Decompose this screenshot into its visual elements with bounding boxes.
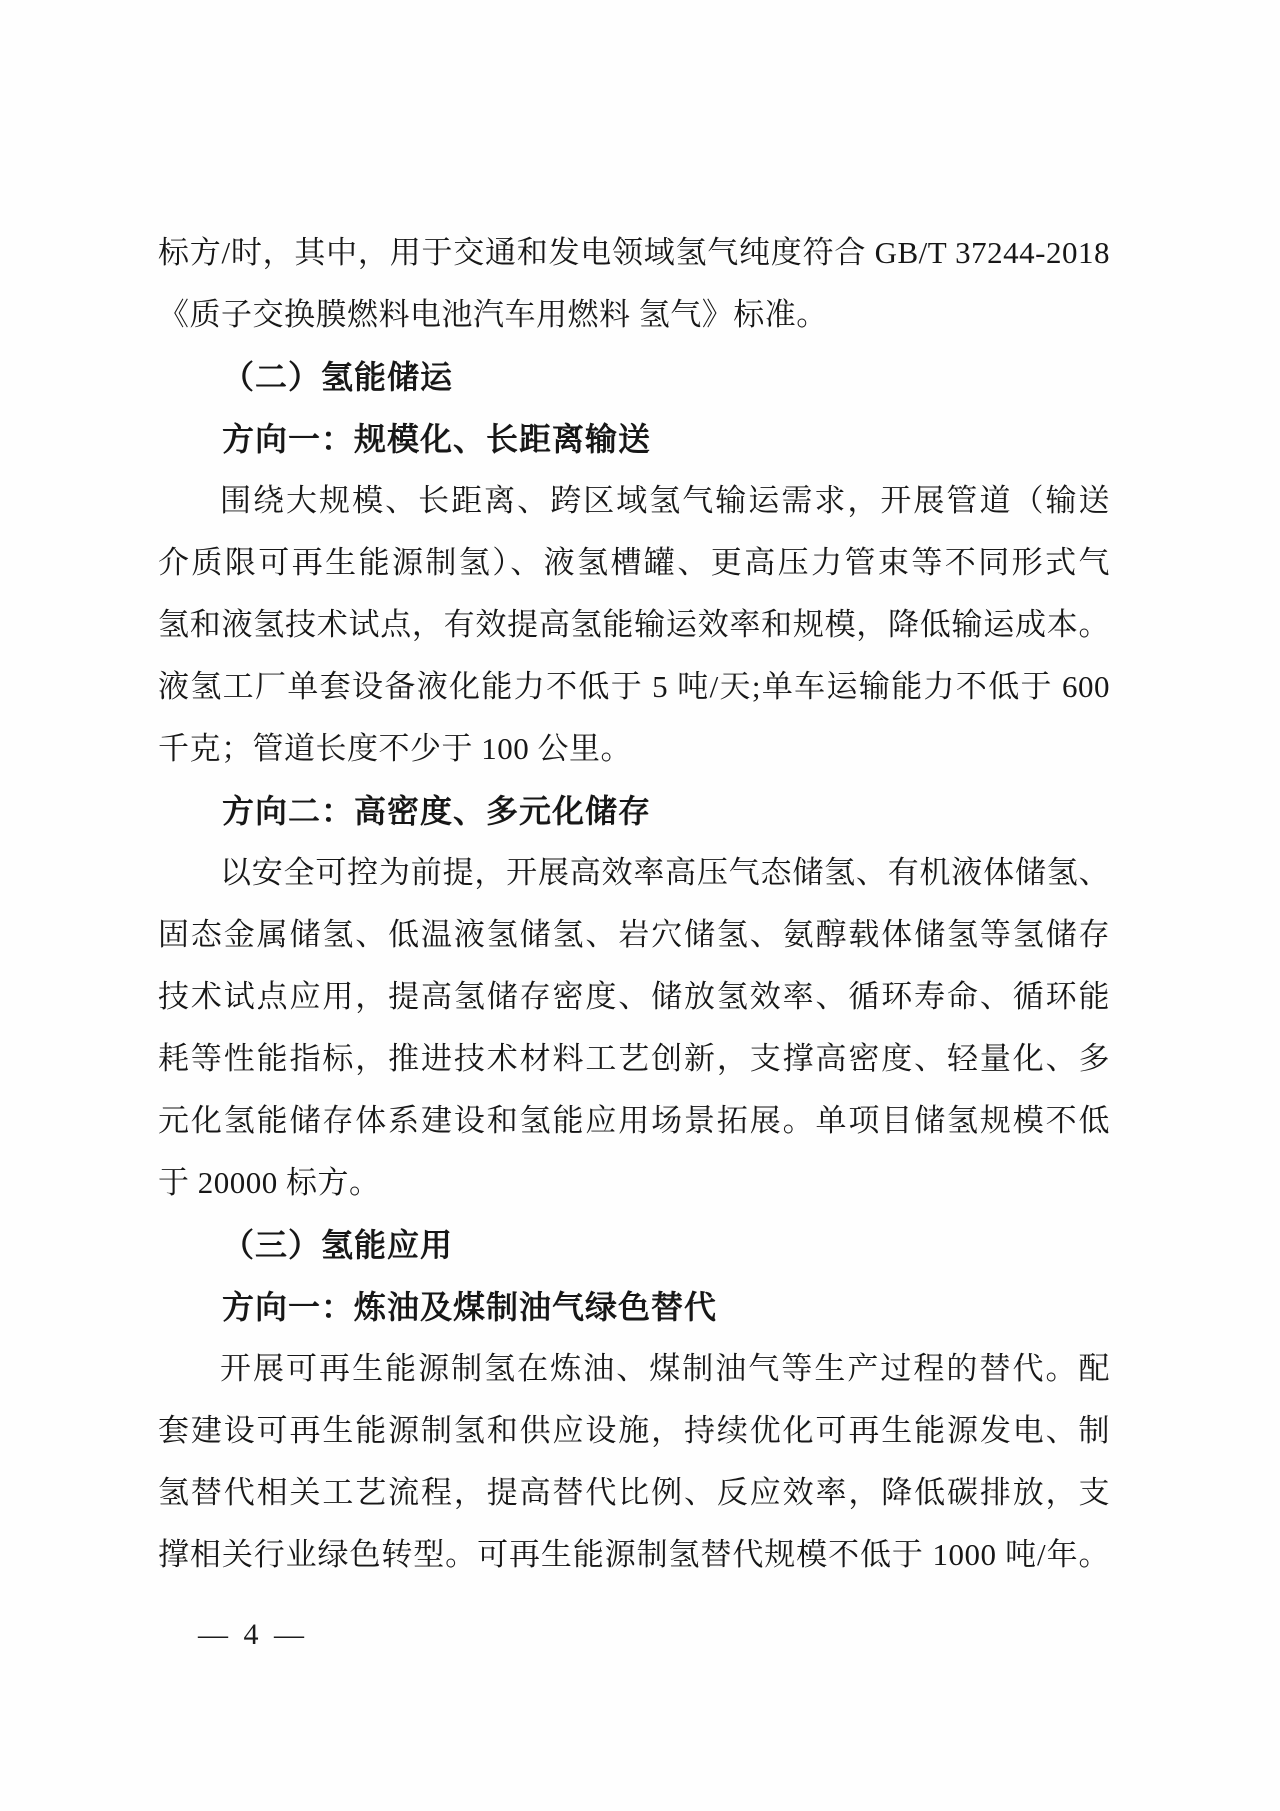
paragraph-line: 开展可再生能源制氢在炼油、煤制油气等生产过程的替代。配 xyxy=(158,1338,1110,1400)
direction-heading: 方向二：高密度、多元化储存 xyxy=(158,780,1110,842)
paragraph-line: 技术试点应用，提高氢储存密度、储放氢效率、循环寿命、循环能 xyxy=(158,966,1110,1028)
page-number: — 4 — xyxy=(198,1614,308,1656)
paragraph-line: 于 20000 标方。 xyxy=(158,1152,1110,1214)
paragraph-line: 液氢工厂单套设备液化能力不低于 5 吨/天;单车运输能力不低于 600 xyxy=(158,656,1110,718)
paragraph-line: 固态金属储氢、低温液氢储氢、岩穴储氢、氨醇载体储氢等氢储存 xyxy=(158,904,1110,966)
paragraph-line: 耗等性能指标，推进技术材料工艺创新，支撑高密度、轻量化、多 xyxy=(158,1028,1110,1090)
document-page: 标方/时，其中，用于交通和发电领域氢气纯度符合 GB/T 37244-2018《… xyxy=(0,0,1280,1811)
paragraph-line: 以安全可控为前提，开展高效率高压气态储氢、有机液体储氢、 xyxy=(158,842,1110,904)
paragraph-line: 套建设可再生能源制氢和供应设施，持续优化可再生能源发电、制 xyxy=(158,1400,1110,1462)
paragraph-line: 千克；管道长度不少于 100 公里。 xyxy=(158,718,1110,780)
section-heading: （三）氢能应用 xyxy=(158,1214,1110,1276)
paragraph-line: 围绕大规模、长距离、跨区域氢气输运需求，开展管道（输送 xyxy=(158,470,1110,532)
paragraph-line: 介质限可再生能源制氢）、液氢槽罐、更高压力管束等不同形式气 xyxy=(158,532,1110,594)
document-body: 标方/时，其中，用于交通和发电领域氢气纯度符合 GB/T 37244-2018《… xyxy=(158,222,1110,1586)
paragraph-line: 标方/时，其中，用于交通和发电领域氢气纯度符合 GB/T 37244-2018 xyxy=(158,222,1110,284)
paragraph-line: 《质子交换膜燃料电池汽车用燃料 氢气》标准。 xyxy=(158,284,1110,346)
paragraph-line: 元化氢能储存体系建设和氢能应用场景拓展。单项目储氢规模不低 xyxy=(158,1090,1110,1152)
direction-heading: 方向一：规模化、长距离输送 xyxy=(158,408,1110,470)
paragraph-line: 撑相关行业绿色转型。可再生能源制氢替代规模不低于 1000 吨/年。 xyxy=(158,1524,1110,1586)
section-heading: （二）氢能储运 xyxy=(158,346,1110,408)
paragraph-line: 氢和液氢技术试点，有效提高氢能输运效率和规模，降低输运成本。 xyxy=(158,594,1110,656)
paragraph-line: 氢替代相关工艺流程，提高替代比例、反应效率，降低碳排放，支 xyxy=(158,1462,1110,1524)
direction-heading: 方向一：炼油及煤制油气绿色替代 xyxy=(158,1276,1110,1338)
